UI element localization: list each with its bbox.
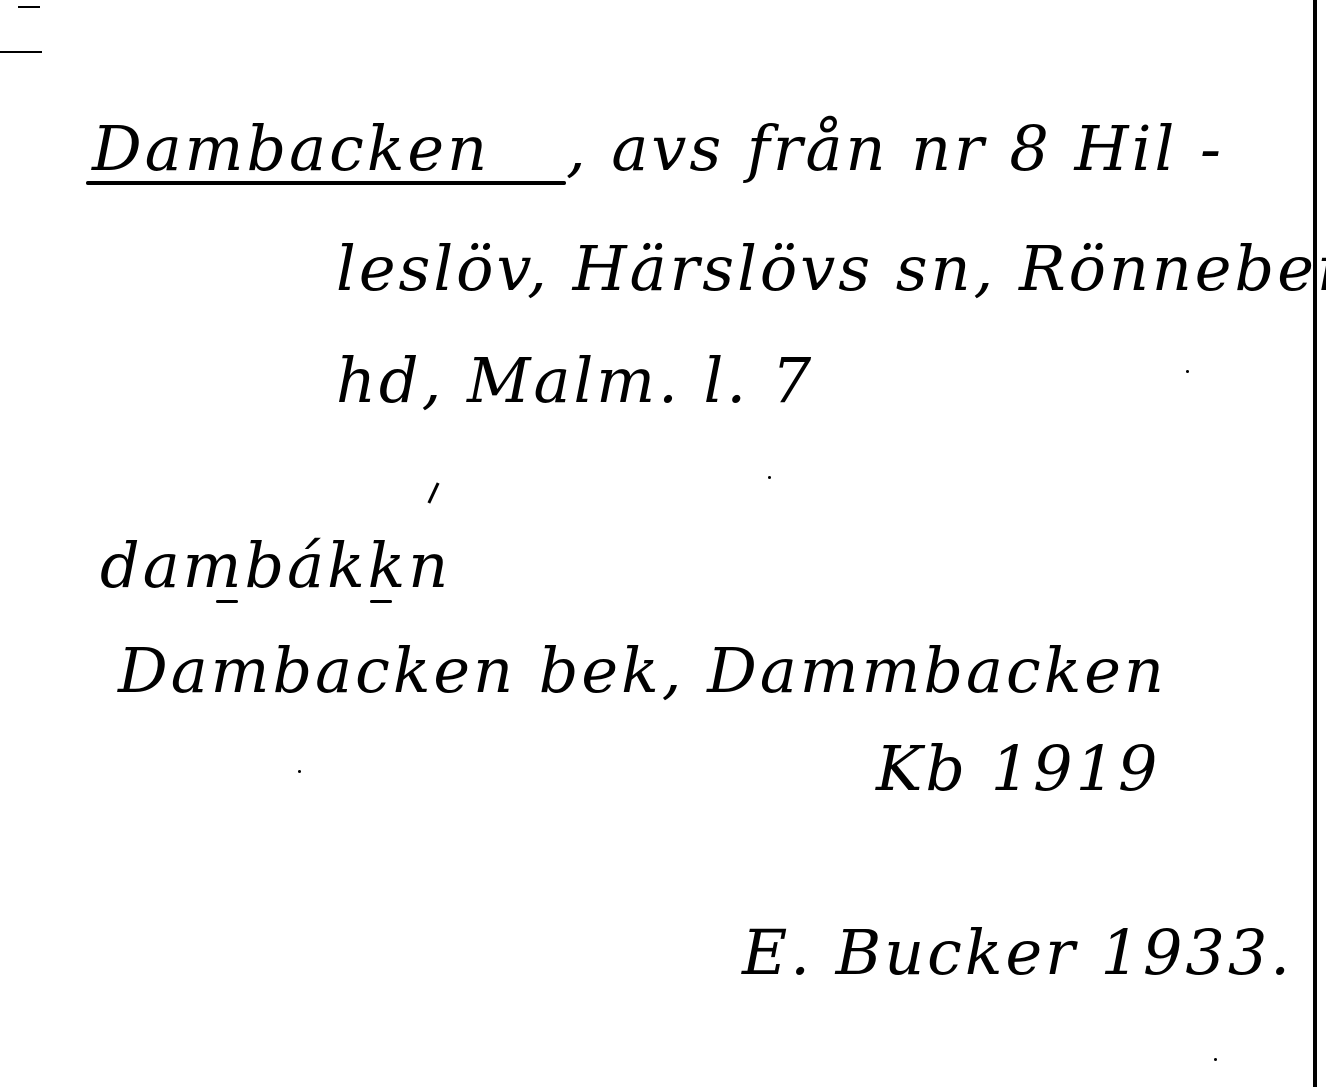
scan-speck	[768, 476, 771, 479]
entry-line-3: hd, Malm. l. 7	[336, 350, 814, 412]
stress-accent-mark	[427, 482, 439, 503]
scan-speck	[298, 770, 301, 773]
scan-speck	[1214, 1058, 1217, 1061]
collector-signature: E. Bucker 1933.	[742, 922, 1293, 984]
variant-source: Kb 1919	[876, 738, 1161, 800]
headword-underline	[86, 181, 566, 185]
card-edge-border	[1313, 0, 1317, 1087]
length-mark	[216, 600, 238, 603]
scan-mark	[18, 6, 40, 8]
variant-forms: Dambacken bek, Dammbacken	[118, 640, 1167, 702]
pronunciation: dambákkn	[100, 535, 451, 597]
entry-line-1-rest: , avs från nr 8 Hil -	[566, 118, 1224, 180]
length-mark	[370, 600, 392, 603]
archive-card: Dambacken , avs från nr 8 Hil - leslöv, …	[0, 0, 1326, 1087]
headword: Dambacken	[92, 118, 490, 180]
scan-speck	[1186, 370, 1189, 373]
scan-mark	[0, 51, 42, 53]
entry-line-2: leslöv, Härslövs sn, Rönnebergs	[336, 238, 1326, 300]
